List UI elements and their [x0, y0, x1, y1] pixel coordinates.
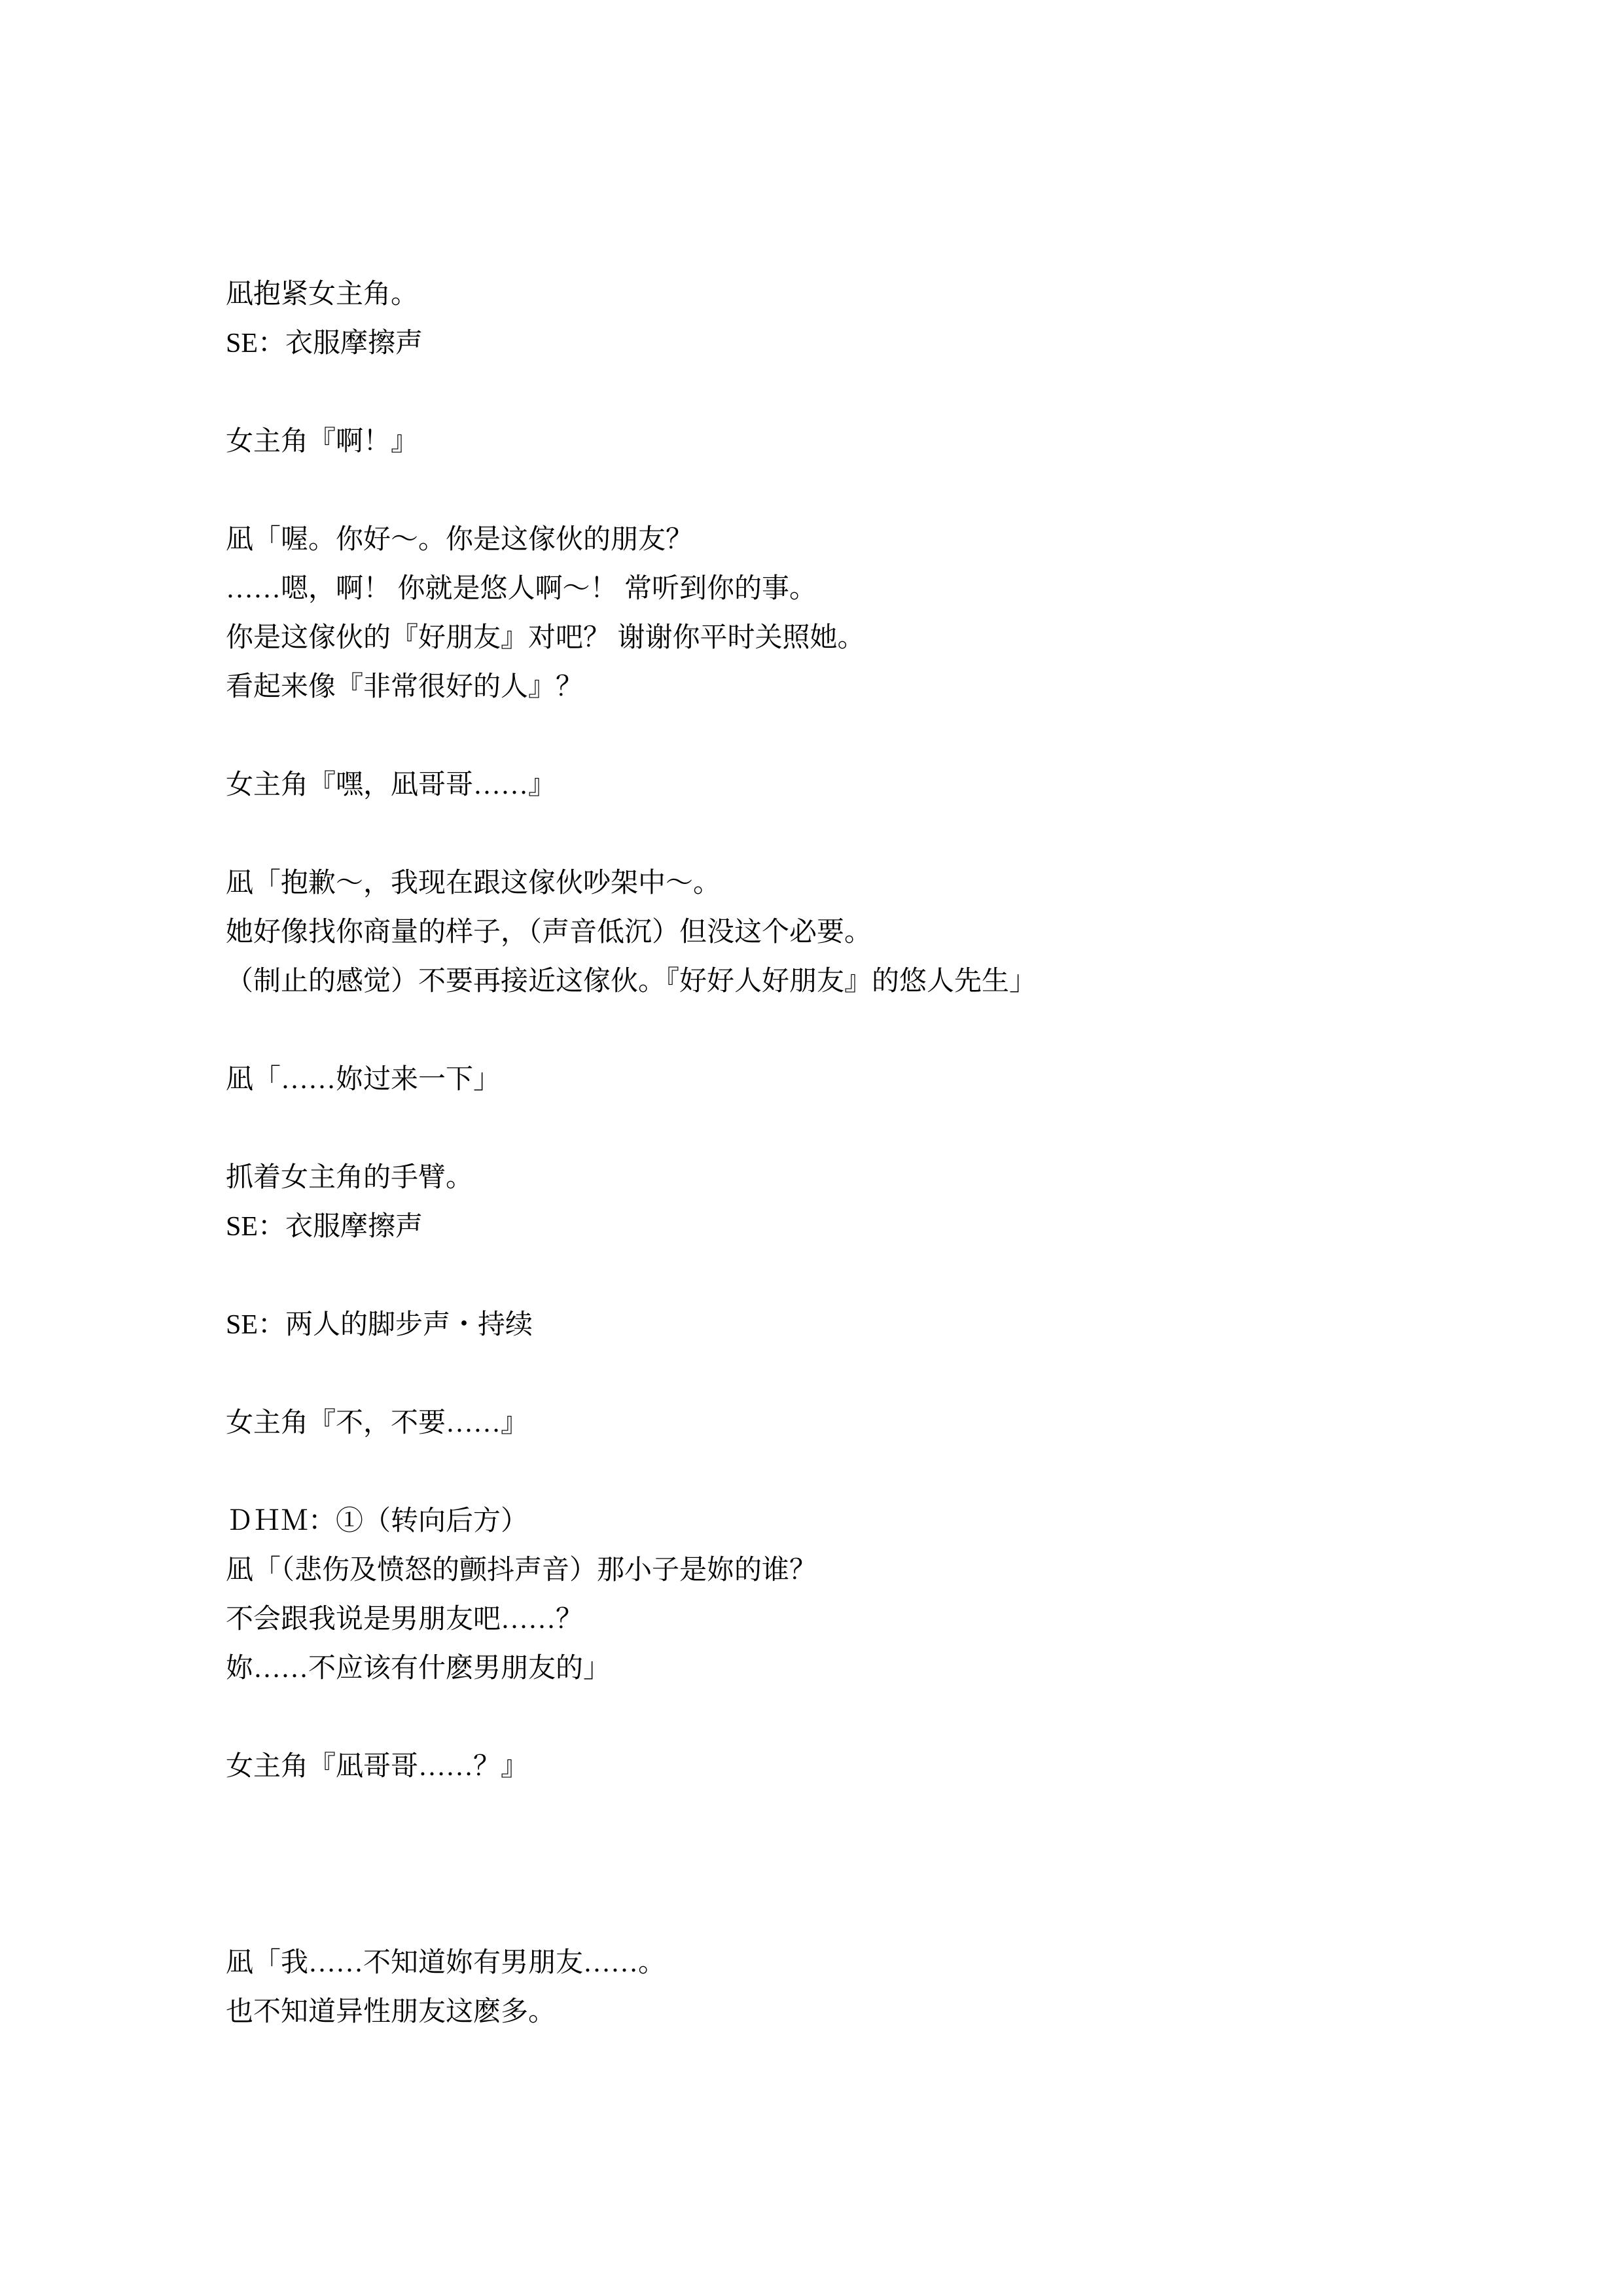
script-line: 妳……不应该有什麽男朋友的」 [226, 1644, 1544, 1693]
script-line: 女主角『凪哥哥……？』 [226, 1742, 1544, 1792]
script-line: 凪「喔。你好～。你是这傢伙的朋友？ [226, 516, 1544, 565]
script-line: 女主角『嘿，凪哥哥……』 [226, 761, 1544, 810]
script-line: SE：衣服摩擦声 [226, 319, 1544, 368]
script-line: 抓着女主角的手臂。 [226, 1154, 1544, 1203]
script-line: （制止的感觉）不要再接近这傢伙。『好好人好朋友』的悠人先生」 [226, 957, 1544, 1006]
script-line: 凪「（悲伤及愤怒的颤抖声音）那小子是妳的谁？ [226, 1546, 1544, 1595]
script-line: 凪「我……不知道妳有男朋友……。 [226, 1939, 1544, 1988]
script-line [226, 1693, 1544, 1742]
script-line: ＤＨＭ：①（转向后方） [226, 1497, 1544, 1546]
script-line: ……嗯，啊！ 你就是悠人啊～！ 常听到你的事。 [226, 565, 1544, 614]
script-line: SE：两人的脚步声・持续 [226, 1301, 1544, 1350]
script-line: 女主角『啊！』 [226, 417, 1544, 467]
script-line: 她好像找你商量的样子，（声音低沉）但没这个必要。 [226, 908, 1544, 957]
script-line [226, 1792, 1544, 1841]
script-line [226, 1350, 1544, 1399]
script-line [226, 1006, 1544, 1055]
script-line: 凪「……妳过来一下」 [226, 1055, 1544, 1104]
script-line: 凪抱紧女主角。 [226, 270, 1544, 319]
script-line [226, 1104, 1544, 1154]
script-line [226, 810, 1544, 859]
script-line: 也不知道异性朋友这麽多。 [226, 1988, 1544, 2037]
script-line: 凪「抱歉～，我现在跟这傢伙吵架中～。 [226, 859, 1544, 908]
script-line [226, 1252, 1544, 1301]
script-line [226, 712, 1544, 761]
script-line [226, 1448, 1544, 1497]
script-line: 不会跟我说是男朋友吧……？ [226, 1595, 1544, 1644]
document-page: 凪抱紧女主角。 SE：衣服摩擦声 女主角『啊！』 凪「喔。你好～。你是这傢伙的朋… [0, 0, 1623, 2296]
script-text-block: 凪抱紧女主角。 SE：衣服摩擦声 女主角『啊！』 凪「喔。你好～。你是这傢伙的朋… [226, 270, 1544, 2037]
script-line: SE：衣服摩擦声 [226, 1203, 1544, 1252]
script-line [226, 1841, 1544, 1890]
script-line: 女主角『不，不要……』 [226, 1399, 1544, 1448]
script-line [226, 1890, 1544, 1939]
script-line [226, 467, 1544, 516]
script-line [226, 368, 1544, 417]
script-line: 看起来像『非常很好的人』？ [226, 663, 1544, 712]
script-line: 你是这傢伙的『好朋友』对吧？ 谢谢你平时关照她。 [226, 614, 1544, 663]
